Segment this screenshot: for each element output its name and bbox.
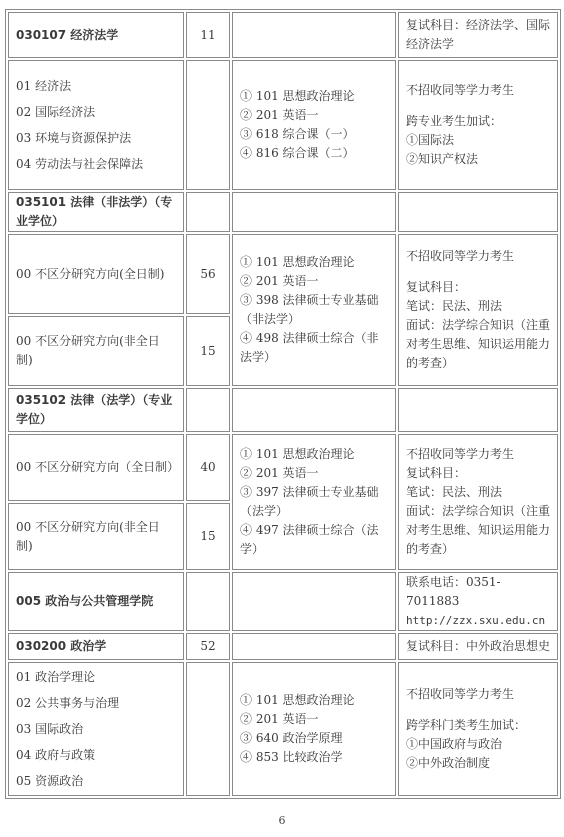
note-line: ①国际法 [406,131,550,150]
notes: 不招收同等学力考生 跨专业考生加试： ①国际法 ②知识产权法 [398,60,558,190]
quota: 40 [186,434,230,501]
contact-info: 联系电话：0351-7011883 http://zzx.sxu.edu.cn [398,572,558,631]
quota: 56 [186,234,230,314]
note-line: 不招收同等学力考生 [406,81,550,100]
note-line: 笔试：民法、刑法 [406,483,550,502]
school-website-link[interactable]: http://zzx.sxu.edu.cn [406,611,550,630]
note-line: 复试科目： [406,464,550,483]
note-line: ②中外政治制度 [406,754,550,773]
exam-item: ③ 398 法律硕士专业基础（非法学） [240,291,388,329]
quota [186,662,230,796]
exam-subjects: ① 101 思想政治理论 ② 201 英语一 ③ 640 政治学原理 ④ 853… [232,662,396,796]
major-name: 030107 经济法学 [8,12,184,58]
exam-item: ① 101 思想政治理论 [240,445,388,464]
page-number: 6 [0,814,564,827]
note-line: 跨专业考生加试： [406,112,550,131]
major-name: 035102 法律（法学）（专业学位） [8,388,184,432]
direction-name: 00 不区分研究方向(全日制) [8,234,184,314]
admissions-catalog-table: 030107 经济法学 11 复试科目：经济法学、国际经济法学 01 经济法 0… [5,9,561,799]
note-line: 不招收同等学力考生 [406,685,550,704]
quota [186,388,230,432]
quota: 15 [186,503,230,570]
notes: 不招收同等学力考生 跨学科门类考生加试： ①中国政府与政治 ②中外政治制度 [398,662,558,796]
exam-item: ② 201 英语一 [240,106,388,125]
notes: 不招收同等学力考生 复试科目： 笔试：民法、刑法 面试：法学综合知识（注重对考生… [398,234,558,386]
direction-row: 00 不区分研究方向(全日制) 56 ① 101 思想政治理论 ② 201 英语… [8,234,558,314]
exam-item: ④ 816 综合课（二） [240,144,388,163]
directions-row-030107: 01 经济法 02 国际经济法 03 环境与资源保护法 04 劳动法与社会保障法… [8,60,558,190]
research-directions: 01 经济法 02 国际经济法 03 环境与资源保护法 04 劳动法与社会保障法 [8,60,184,190]
direction-item: 03 环境与资源保护法 [16,125,176,151]
notes: 复试科目：中外政治思想史 [398,633,558,660]
exam-item: ④ 498 法律硕士综合（非法学） [240,329,388,367]
exam-item: ④ 853 比较政治学 [240,748,388,767]
direction-row: 00 不区分研究方向（全日制） 40 ① 101 思想政治理论 ② 201 英语… [8,434,558,501]
quota [186,60,230,190]
quota: 52 [186,633,230,660]
notes [398,192,558,232]
quota [186,192,230,232]
exam-subjects [232,572,396,631]
direction-item: 02 公共事务与治理 [16,690,176,716]
exam-subjects: ① 101 思想政治理论 ② 201 英语一 ③ 398 法律硕士专业基础（非法… [232,234,396,386]
direction-item: 04 政府与政策 [16,742,176,768]
exam-subjects [232,633,396,660]
research-directions: 01 政治学理论 02 公共事务与治理 03 国际政治 04 政府与政策 05 … [8,662,184,796]
exam-item: ③ 618 综合课（一） [240,125,388,144]
exam-subjects [232,12,396,58]
exam-item: ② 201 英语一 [240,272,388,291]
notes: 复试科目：经济法学、国际经济法学 [398,12,558,58]
note-line: ①中国政府与政治 [406,735,550,754]
direction-item: 01 经济法 [16,73,176,99]
note-line: 面试：法学综合知识（注重对考生思维、知识运用能力的考查） [406,502,550,559]
notes: 不招收同等学力考生 复试科目： 笔试：民法、刑法 面试：法学综合知识（注重对考生… [398,434,558,570]
quota [186,572,230,631]
direction-name: 00 不区分研究方向（全日制） [8,434,184,501]
exam-item: ② 201 英语一 [240,464,388,483]
major-row-035102: 035102 法律（法学）（专业学位） [8,388,558,432]
exam-item: ③ 397 法律硕士专业基础（法学） [240,483,388,521]
contact-phone: 联系电话：0351-7011883 [406,573,550,611]
exam-item: ② 201 英语一 [240,710,388,729]
note-line: ②知识产权法 [406,150,550,169]
exam-subjects [232,192,396,232]
directions-row-030200: 01 政治学理论 02 公共事务与治理 03 国际政治 04 政府与政策 05 … [8,662,558,796]
school-name: 005 政治与公共管理学院 [8,572,184,631]
major-row-030107: 030107 经济法学 11 复试科目：经济法学、国际经济法学 [8,12,558,58]
exam-subjects: ① 101 思想政治理论 ② 201 英语一 ③ 397 法律硕士专业基础（法学… [232,434,396,570]
note-line: 笔试：民法、刑法 [406,297,550,316]
exam-item: ④ 497 法律硕士综合（法学） [240,521,388,559]
school-row-005: 005 政治与公共管理学院 联系电话：0351-7011883 http://z… [8,572,558,631]
major-row-035101: 035101 法律（非法学）（专业学位） [8,192,558,232]
exam-item: ① 101 思想政治理论 [240,691,388,710]
exam-item: ① 101 思想政治理论 [240,87,388,106]
direction-name: 00 不区分研究方向(非全日制) [8,503,184,570]
major-name: 035101 法律（非法学）（专业学位） [8,192,184,232]
quota: 11 [186,12,230,58]
exam-item: ③ 640 政治学原理 [240,729,388,748]
exam-subjects [232,388,396,432]
direction-item: 01 政治学理论 [16,664,176,690]
note-line: 不招收同等学力考生 [406,445,550,464]
note-line: 跨学科门类考生加试： [406,716,550,735]
direction-item: 05 资源政治 [16,768,176,794]
direction-item: 03 国际政治 [16,716,176,742]
exam-subjects: ① 101 思想政治理论 ② 201 英语一 ③ 618 综合课（一） ④ 81… [232,60,396,190]
note-line: 复试科目： [406,278,550,297]
direction-name: 00 不区分研究方向(非全日制) [8,316,184,386]
direction-item: 02 国际经济法 [16,99,176,125]
major-row-030200: 030200 政治学 52 复试科目：中外政治思想史 [8,633,558,660]
direction-item: 04 劳动法与社会保障法 [16,151,176,177]
note-line: 不招收同等学力考生 [406,247,550,266]
quota: 15 [186,316,230,386]
note-line: 面试：法学综合知识（注重对考生思维、知识运用能力的考查） [406,316,550,373]
notes [398,388,558,432]
major-name: 030200 政治学 [8,633,184,660]
exam-item: ① 101 思想政治理论 [240,253,388,272]
